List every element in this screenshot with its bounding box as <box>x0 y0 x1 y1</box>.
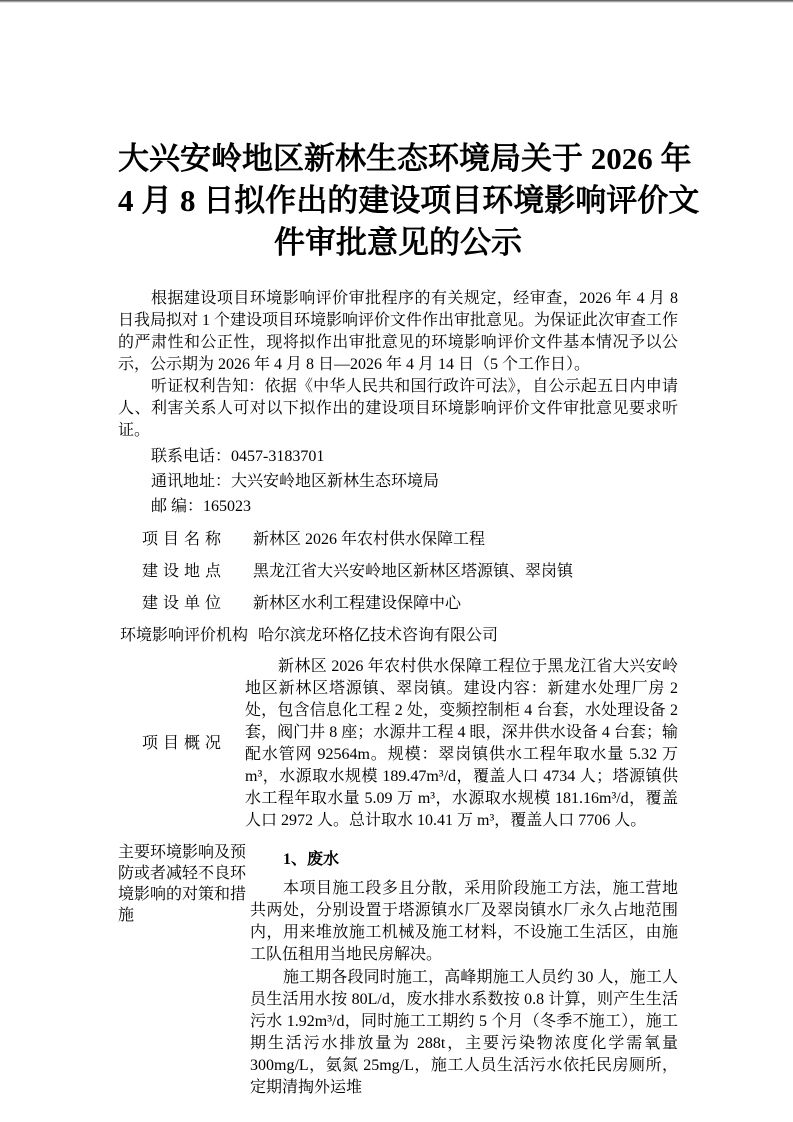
page-title-line: 大兴安岭地区新林生态环境局关于 2026 年 <box>118 138 678 180</box>
page-title-line: 件审批意见的公示 <box>118 222 678 264</box>
project-overview-paragraph: 新林区 2026 年农村供水保障工程位于黑龙江省大兴安岭地区新林区塔源镇、翠岗镇… <box>245 656 678 832</box>
page-title-line: 4 月 8 日拟作出的建设项目环境影响评价文 <box>118 180 678 222</box>
row-label: 建设地点 <box>118 561 250 583</box>
row-value: 新林区 2026 年农村供水保障工程位于黑龙江省大兴安岭地区新林区塔源镇、翠岗镇… <box>245 656 678 832</box>
page-top-edge <box>0 0 793 3</box>
measures-paragraph: 施工期各段同时施工，高峰期施工人员约 30 人，施工人员生活用水按 80L/d，… <box>250 967 678 1099</box>
row-value: 哈尔滨龙环格亿技术咨询有限公司 <box>250 625 678 647</box>
table-row-eia-agency: 环境影响评价机构 哈尔滨龙环格亿技术咨询有限公司 <box>118 620 678 652</box>
row-value: 新林区水利工程建设保障中心 <box>245 593 678 615</box>
postal-code-line: 邮 编：165023 <box>118 494 678 519</box>
row-label: 项目名称 <box>118 529 250 551</box>
contact-phone-line: 联系电话：0457-3183701 <box>118 444 678 469</box>
contact-block: 联系电话：0457-3183701 通讯地址：大兴安岭地区新林生态环境局 邮 编… <box>118 444 678 519</box>
row-value: 1、废水 本项目施工段多且分散，采用阶段施工方法，施工营地共两处，分别设置于塔源… <box>250 840 678 1100</box>
table-row-project-name: 项目名称 新林区 2026 年农村供水保障工程 <box>118 524 678 556</box>
row-label: 主要环境影响及预防或者减轻不良环境影响的对策和措施 <box>118 840 250 926</box>
document-content: 大兴安岭地区新林生态环境局关于 2026 年 4 月 8 日拟作出的建设项目环境… <box>118 138 678 1104</box>
measures-section-heading: 1、废水 <box>250 849 678 871</box>
notice-intro-paragraph: 根据建设项目环境影响评价审批程序的有关规定，经审查，2026 年 4 月 8 日… <box>118 288 678 376</box>
row-value: 新林区 2026 年农村供水保障工程 <box>245 529 678 551</box>
row-label: 环境影响评价机构 <box>118 625 250 647</box>
measures-paragraph: 本项目施工段多且分散，采用阶段施工方法，施工营地共两处，分别设置于塔源镇水厂及翠… <box>250 878 678 966</box>
row-label: 建设单位 <box>118 593 250 615</box>
project-info-table: 项目名称 新林区 2026 年农村供水保障工程 建设地点 黑龙江省大兴安岭地区新… <box>118 524 678 1104</box>
table-row-construction-site: 建设地点 黑龙江省大兴安岭地区新林区塔源镇、翠岗镇 <box>118 556 678 588</box>
table-row-environmental-measures: 主要环境影响及预防或者减轻不良环境影响的对策和措施 1、废水 本项目施工段多且分… <box>118 836 678 1104</box>
row-label: 项目概况 <box>118 733 250 755</box>
document-page: 大兴安岭地区新林生态环境局关于 2026 年 4 月 8 日拟作出的建设项目环境… <box>0 0 793 1122</box>
hearing-rights-paragraph: 听证权利告知：依据《中华人民共和国行政许可法》，自公示起五日内申请人、利害关系人… <box>118 376 678 442</box>
table-row-construction-unit: 建设单位 新林区水利工程建设保障中心 <box>118 588 678 620</box>
row-value: 黑龙江省大兴安岭地区新林区塔源镇、翠岗镇 <box>245 561 678 583</box>
page-title: 大兴安岭地区新林生态环境局关于 2026 年 4 月 8 日拟作出的建设项目环境… <box>118 138 678 264</box>
table-row-project-overview: 项目概况 新林区 2026 年农村供水保障工程位于黑龙江省大兴安岭地区新林区塔源… <box>118 652 678 836</box>
contact-address-line: 通讯地址：大兴安岭地区新林生态环境局 <box>118 469 678 494</box>
